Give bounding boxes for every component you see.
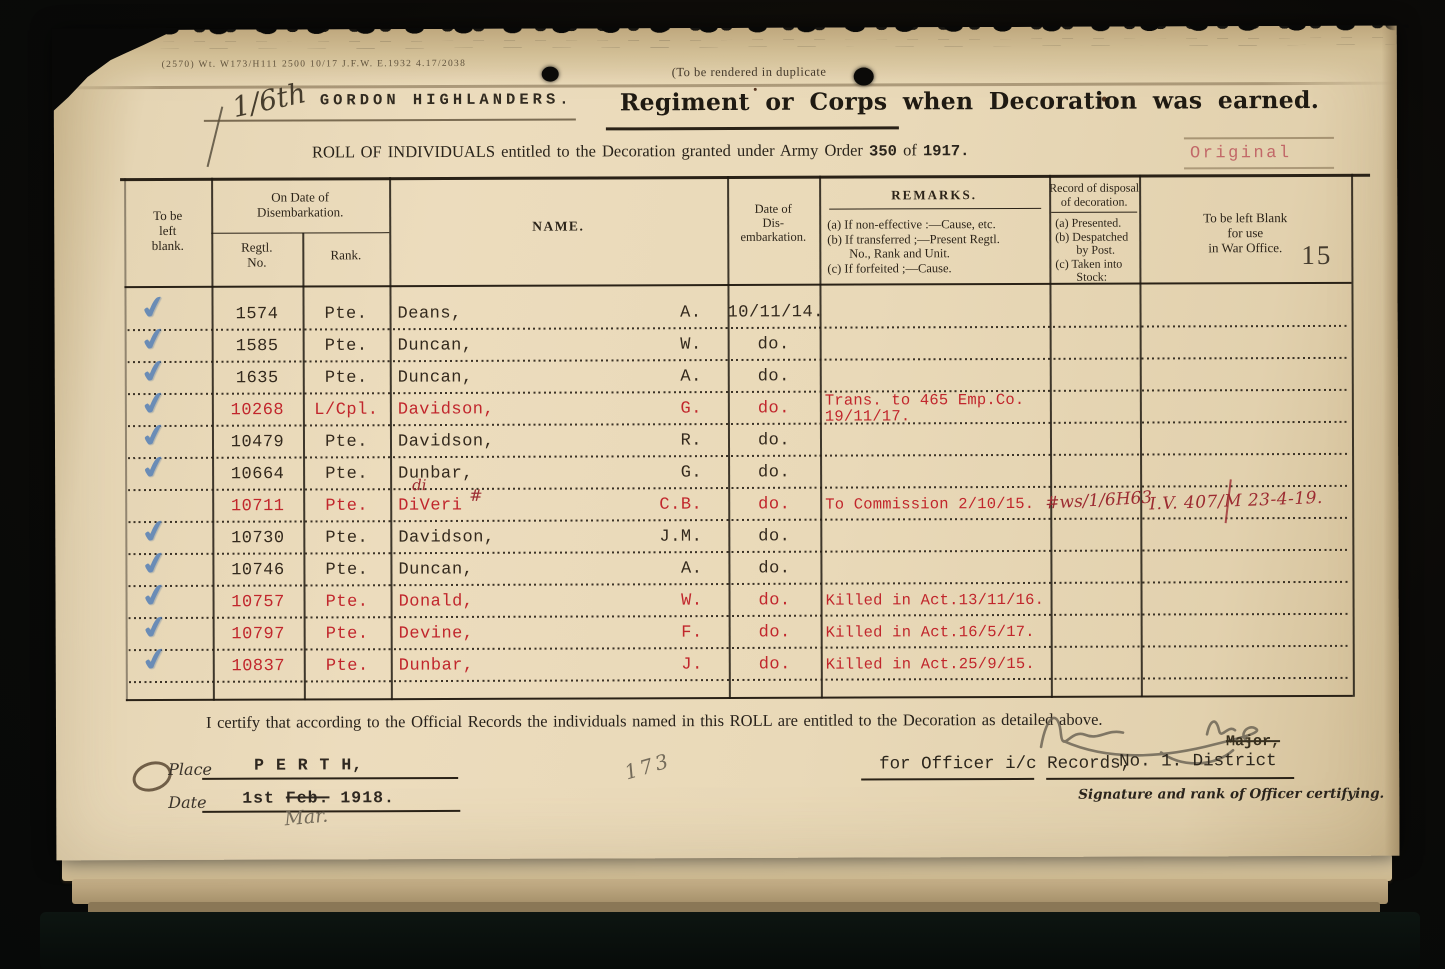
date-underline	[202, 810, 460, 812]
col-header-regtl-no: Regtl. No.	[211, 239, 302, 269]
col-header-disembark-group: On Date of Disembarkation.	[211, 189, 389, 220]
table-row: ✔ 1574 Pte. Deans, A. 10/11/14.	[124, 295, 1351, 331]
regtl-no-cell: 10757	[213, 593, 304, 612]
regtl-no-cell: 1635	[212, 369, 303, 388]
disposal-header-rule	[1051, 212, 1137, 214]
initials-cell: W.	[595, 336, 702, 355]
rank-cell: Pte.	[303, 369, 390, 388]
rank-cell: Pte.	[303, 529, 390, 548]
printers-reference: (2570) Wt. W173/H111 2500 10/17 J.F.W. E…	[162, 59, 467, 70]
punch-hole	[854, 67, 874, 85]
date-cell: do.	[728, 399, 820, 418]
duplicate-note: (To be rendered in duplicate	[672, 65, 827, 81]
initials-cell: J.	[596, 656, 703, 675]
table-row: ✔ 1585 Pte. Duncan, W. do.	[125, 327, 1352, 363]
remarks-cell	[825, 472, 1049, 473]
regtl-no-cell: 10746	[212, 561, 303, 580]
remarks-cell	[825, 568, 1049, 569]
remarks-cell	[825, 536, 1049, 537]
rank-cell: Pte.	[303, 465, 390, 484]
surname-cell: Devine,	[399, 624, 474, 643]
stamp-rule-bottom	[1184, 167, 1334, 169]
photo-of-ledger-page: { "top_strip": { "print_ref": "(2570) Wt…	[0, 0, 1445, 969]
col-header-rank: Rank.	[302, 247, 389, 262]
remarks-cell: Killed in Act.13/11/16.	[826, 592, 1050, 609]
remarks-cell	[825, 344, 1049, 345]
remarks-cell: Killed in Act.25/9/15.	[826, 656, 1050, 673]
remarks-cell: Trans. to 465 Emp.Co. 19/11/17.	[825, 392, 1049, 425]
date-cell: do.	[728, 495, 820, 514]
regtl-no-cell: 10268	[212, 401, 303, 420]
remarks-header-rule	[829, 208, 1041, 210]
col-header-blank: To be left blank.	[124, 208, 211, 253]
date-cell: do.	[728, 559, 820, 578]
table-row: ✔ 1635 Pte. Duncan, A. do.	[125, 359, 1352, 395]
initials-cell: G.	[595, 400, 702, 419]
table-row: ✔ 10664 Pte. Dunbar, G. do.	[125, 455, 1352, 491]
initials-cell: A.	[595, 560, 702, 579]
surname-cell: Dunbar,	[399, 656, 474, 675]
date-day: 1st	[242, 789, 275, 808]
date-cell: do.	[728, 527, 820, 546]
surname-cell: Dunbar,	[398, 464, 473, 483]
rank-cell: Pte.	[304, 593, 391, 612]
officer-records-line: for Officer i/c Records,	[879, 754, 1131, 775]
header-bottom-rule	[124, 282, 1351, 288]
rank-cell: Pte.	[303, 433, 390, 452]
date-cell: do.	[729, 591, 821, 610]
surname-cell: Duncan,	[398, 336, 473, 355]
right-page-edge-shadow	[1382, 26, 1400, 856]
remarks-cell	[825, 312, 1049, 313]
regtl-no-cell: 1574	[212, 305, 303, 324]
roll-heading: ROLL OF INDIVIDUALS entitled to the Deco…	[312, 140, 970, 162]
roll-infix: of	[903, 140, 917, 159]
surname-cell: Davidson,	[398, 400, 494, 419]
punch-hole	[542, 67, 559, 82]
initials-cell: R.	[595, 432, 702, 451]
diveri-hash-mark: #	[469, 486, 482, 505]
place-label: Place	[168, 760, 212, 779]
regtl-no-cell: 10730	[212, 529, 303, 548]
signature-caption: Signature and rank of Officer certifying…	[1078, 786, 1384, 803]
rank-struck-label: Major,	[1226, 733, 1280, 750]
date-year: 1918.	[340, 788, 395, 807]
initials-cell: C.B.	[595, 496, 702, 515]
regiment-underline	[204, 119, 576, 122]
rank-cell: L/Cpl.	[303, 401, 390, 420]
date-month-handwritten: Mar.	[283, 805, 329, 831]
left-page-edge-shadow	[54, 30, 129, 860]
initials-cell: G.	[595, 464, 702, 483]
table-row: ✔ 10479 Pte. Davidson, R. do.	[125, 423, 1352, 459]
regtl-no-cell: 10837	[213, 657, 304, 676]
initials-cell: A.	[595, 304, 702, 323]
group-header-rule	[211, 232, 389, 234]
table-row: ✔ 10797 Pte. Devine, F. do. Killed in Ac…	[126, 615, 1353, 651]
place-value: P E R T H,	[254, 755, 363, 774]
surname-cell: Duncan,	[398, 368, 473, 387]
form-title: Regiment or Corps when Decoration was ea…	[620, 86, 1319, 116]
col-header-name: NAME.	[389, 218, 727, 234]
col-header-war-office: To be left Blank for use in War Office.	[1139, 210, 1351, 256]
remarks-cell	[825, 376, 1049, 377]
roll-prefix: ROLL OF INDIVIDUALS entitled to the Deco…	[312, 141, 863, 162]
rank-cell: Pte.	[303, 497, 390, 516]
initials-cell: J.M.	[595, 528, 702, 547]
surname-cell: Davidson,	[398, 528, 494, 547]
date-label: Date	[168, 793, 206, 812]
initials-cell: W.	[596, 592, 703, 611]
district-line: No. 1. District	[1119, 751, 1277, 772]
date-cell: do.	[728, 463, 820, 482]
stamp-rule-top	[1184, 137, 1334, 140]
officer-underline-1	[861, 778, 1034, 780]
regtl-no-cell: 10711	[212, 497, 303, 516]
handwriting-stroke	[207, 106, 224, 167]
table-row: ✔ 10730 Pte. Davidson, J.M. do.	[125, 519, 1352, 555]
date-cell: do.	[728, 335, 820, 354]
date-cell: do.	[729, 655, 821, 674]
regtl-no-cell: 10479	[212, 433, 303, 452]
roll-form-page: (2570) Wt. W173/H111 2500 10/17 J.F.W. E…	[54, 26, 1400, 861]
regtl-no-cell: 1585	[212, 337, 303, 356]
regtl-no-cell: 10664	[212, 465, 303, 484]
rank-cell: Pte.	[304, 625, 391, 644]
table-row: ✔ 10757 Pte. Donald, W. do. Killed in Ac…	[125, 583, 1352, 619]
remarks-cell	[825, 440, 1049, 441]
surname-cell: Deans,	[398, 304, 462, 323]
army-order-year: 1917.	[923, 142, 970, 160]
diveri-correction-handwritten: di	[412, 476, 426, 494]
roll-table: To be left blank. On Date of Disembarkat…	[124, 174, 1353, 701]
pencil-folio-number: 173	[622, 748, 674, 784]
remarks-key: (a) If non-effective :—Cause, etc. (b) I…	[827, 217, 1049, 276]
table-row: ✔ 10746 Pte. Duncan, A. do.	[125, 551, 1352, 587]
army-order-number: 350	[869, 142, 897, 160]
regtl-no-cell: 10797	[213, 625, 304, 644]
original-stamp: Original	[1190, 144, 1292, 163]
date-cell: do.	[728, 367, 820, 386]
surname-cell: DiVeri	[398, 496, 462, 515]
regiment-name: GORDON HIGHLANDERS.	[320, 91, 573, 110]
col-header-remarks: REMARKS.	[819, 187, 1049, 203]
initials-cell: F.	[596, 624, 703, 643]
date-cell: do.	[729, 623, 821, 642]
date-cell: do.	[728, 431, 820, 450]
page-edge-stack-2	[72, 879, 1388, 904]
title-underline	[606, 126, 899, 130]
col-header-date: Date of Dis- embarkation.	[727, 202, 819, 244]
remarks-cell: To Commission 2/10/15.	[825, 496, 1049, 513]
remarks-cell: Killed in Act.16/5/17.	[826, 624, 1050, 641]
date-cell: 10/11/14.	[728, 303, 820, 322]
initials-cell: A.	[595, 368, 702, 387]
place-underline	[202, 777, 458, 779]
table-top-rule	[120, 174, 1370, 181]
surname-cell: Davidson,	[398, 432, 494, 451]
rank-cell: Pte.	[304, 657, 391, 676]
col-header-disposal: Record of disposal of decoration.	[1049, 182, 1139, 209]
table-row: ✔ 10268 L/Cpl. Davidson, G. do. Trans. t…	[125, 391, 1352, 427]
surname-cell: Donald,	[399, 592, 474, 611]
rank-cell: Pte.	[303, 305, 390, 324]
rank-cell: Pte.	[303, 561, 390, 580]
book-cover-edge	[40, 912, 1420, 969]
table-row: ✔ 10837 Pte. Dunbar, J. do. Killed in Ac…	[126, 647, 1353, 683]
rank-cell: Pte.	[303, 337, 390, 356]
disposal-key: (a) Presented. (b) Despatched by Post. (…	[1055, 217, 1139, 285]
surname-cell: Duncan,	[398, 560, 473, 579]
